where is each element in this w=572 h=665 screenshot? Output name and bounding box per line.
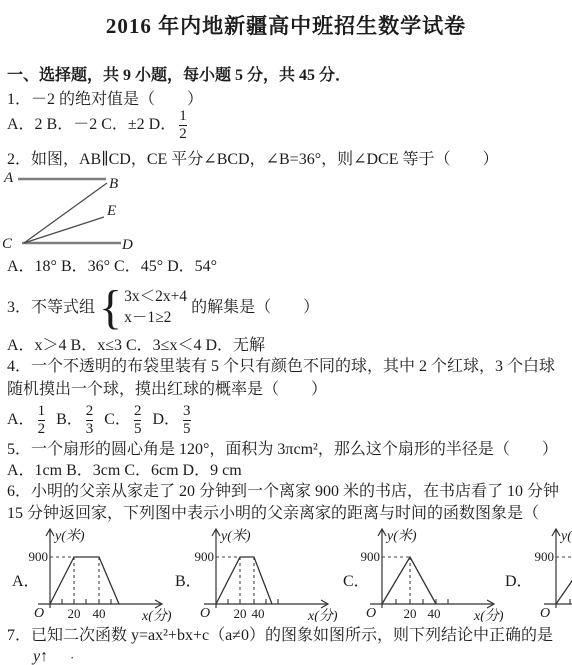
graph-c-ymark: 900 xyxy=(361,549,381,564)
graph-c-origin: O xyxy=(366,606,376,621)
q3-system: 3x＜2x+4 x－1≥2 xyxy=(124,287,187,329)
q3-inequality-2: x－1≥2 xyxy=(124,308,187,329)
graph-b-tick20: 20 xyxy=(234,606,247,621)
q4-option-c-fraction: 2 5 xyxy=(134,403,142,437)
q4-stem-line1: 4．一个不透明的布袋里装有 5 个只有颜色不同的球，其中 2 个红球，3 个白球 xyxy=(7,357,555,376)
section-header: 一、选择题，共 9 小题，每小题 5 分，共 45 分． xyxy=(7,66,351,85)
graph-d-origin: O xyxy=(540,606,550,621)
q7-stem: 7．已知二次函数 y=ax²+bx+c（a≠0）的图象如图所示，则下列结论中正确… xyxy=(7,626,553,645)
graph-c-curve xyxy=(382,557,436,604)
stray-mark: · xyxy=(70,650,74,665)
graph-c-tick40: 40 xyxy=(428,606,441,621)
q4-option-a-label: A． xyxy=(7,410,35,429)
figure-label-D: D xyxy=(121,237,133,253)
q6-graph-row: A． y(米) 900 O 20 40 x(分) B． xyxy=(0,524,572,622)
q2-figure: A B E C D xyxy=(0,168,145,258)
brace-glyph: { xyxy=(99,286,122,329)
graph-c-tick20: 20 xyxy=(404,606,417,621)
exam-page: 2016 年内地新疆高中班招生数学试卷 一、选择题，共 9 小题，每小题 5 分… xyxy=(0,0,572,665)
graph-a-tick40: 40 xyxy=(93,606,106,621)
q2-stem: 2．如图，AB∥CD，CE 平分∠BCD，∠B=36°，则∠DCE 等于（ ） xyxy=(7,150,499,169)
graph-d-label: D． xyxy=(505,568,533,591)
q4-stem-line2: 随机摸出一个球，摸出红球的概率是（ ） xyxy=(7,380,327,399)
graph-b-ymark: 900 xyxy=(195,549,215,564)
graph-c: y(米) 900 O 20 40 x(分) xyxy=(358,524,503,622)
graph-a-curve xyxy=(50,557,119,604)
graph-c-xlabel: x(分) xyxy=(473,608,503,622)
q1-options-text: A．2 B．－2 C．±2 D． xyxy=(7,115,176,134)
graph-d-ymark: 900 xyxy=(535,549,555,564)
q3-prefix: 3．不等式组 xyxy=(7,298,95,317)
graph-b-tick40: 40 xyxy=(252,606,265,621)
q4-option-a-fraction: 1 2 xyxy=(38,403,46,437)
graph-d-curve xyxy=(556,552,572,604)
q4-option-c-label: C． xyxy=(104,410,131,429)
q5-stem: 5．一个扇形的圆心角是 120°，面积为 3πcm²，那么这个扇形的半径是（ ） xyxy=(7,440,558,459)
graph-a-origin: O xyxy=(34,606,44,621)
q4-options: A． 1 2 B． 2 3 C． 2 5 D． 3 5 xyxy=(7,401,194,439)
q3-options: A．x＞4 B．x≤3 C．3≤x＜4 D．无解 xyxy=(7,336,265,355)
figure-label-B: B xyxy=(109,176,118,192)
page-title: 2016 年内地新疆高中班招生数学试卷 xyxy=(0,10,572,40)
figure-line-CE xyxy=(24,217,104,243)
q4-option-b-label: B． xyxy=(56,410,83,429)
q2-options: A．18° B．36° C．45° D．54° xyxy=(7,257,217,276)
graph-b: y(米) 900 O 20 40 x(分) xyxy=(192,524,337,622)
graph-a-ymark: 900 xyxy=(29,549,49,564)
q1-options: A．2 B．－2 C．±2 D． 1 2 xyxy=(7,107,190,143)
graph-c-ylabel: y(米) xyxy=(385,528,417,544)
q3-stem: 3．不等式组 { 3x＜2x+4 x－1≥2 的解集是（ ） xyxy=(7,281,319,335)
q4-option-d-label: D． xyxy=(152,410,180,429)
q6-stem-line1: 6．小明的父亲从家走了 20 分钟到一个离家 900 米的书店，在书店看了 10… xyxy=(7,482,559,501)
figure-line-CB xyxy=(24,183,107,243)
q3-inequality-1: 3x＜2x+4 xyxy=(124,287,187,308)
figure-label-C: C xyxy=(2,236,13,252)
graph-a-ylabel: y(米) xyxy=(53,528,85,544)
graph-b-xlabel: x(分) xyxy=(307,608,337,622)
q4-option-d-fraction: 3 5 xyxy=(183,403,191,437)
q3-suffix: 的解集是（ ） xyxy=(191,298,319,317)
graph-b-origin: O xyxy=(200,606,210,621)
graph-b-ylabel: y(米) xyxy=(219,528,251,544)
graph-a-xlabel: x(分) xyxy=(141,608,171,622)
graph-d-ylabel: y(米) xyxy=(559,528,572,544)
q1-option-d-fraction: 1 2 xyxy=(179,108,187,142)
q7-figure-partial-y-axis: y↑ xyxy=(33,647,48,665)
figure-label-E: E xyxy=(106,203,116,219)
graph-b-curve xyxy=(216,557,272,604)
q6-stem-line2: 15 分钟返回家，下列图中表示小明的父亲离家的距离与时间的函数图象是（ xyxy=(7,504,539,523)
figure-label-A: A xyxy=(3,170,14,186)
q4-option-b-fraction: 2 3 xyxy=(86,403,94,437)
graph-a: y(米) 900 O 20 40 x(分) xyxy=(26,524,171,622)
graph-d: y(米) 900 O xyxy=(532,524,572,622)
graph-a-tick20: 20 xyxy=(68,606,81,621)
q5-options: A．1cm B．3cm C．6cm D．9 cm xyxy=(7,461,242,480)
